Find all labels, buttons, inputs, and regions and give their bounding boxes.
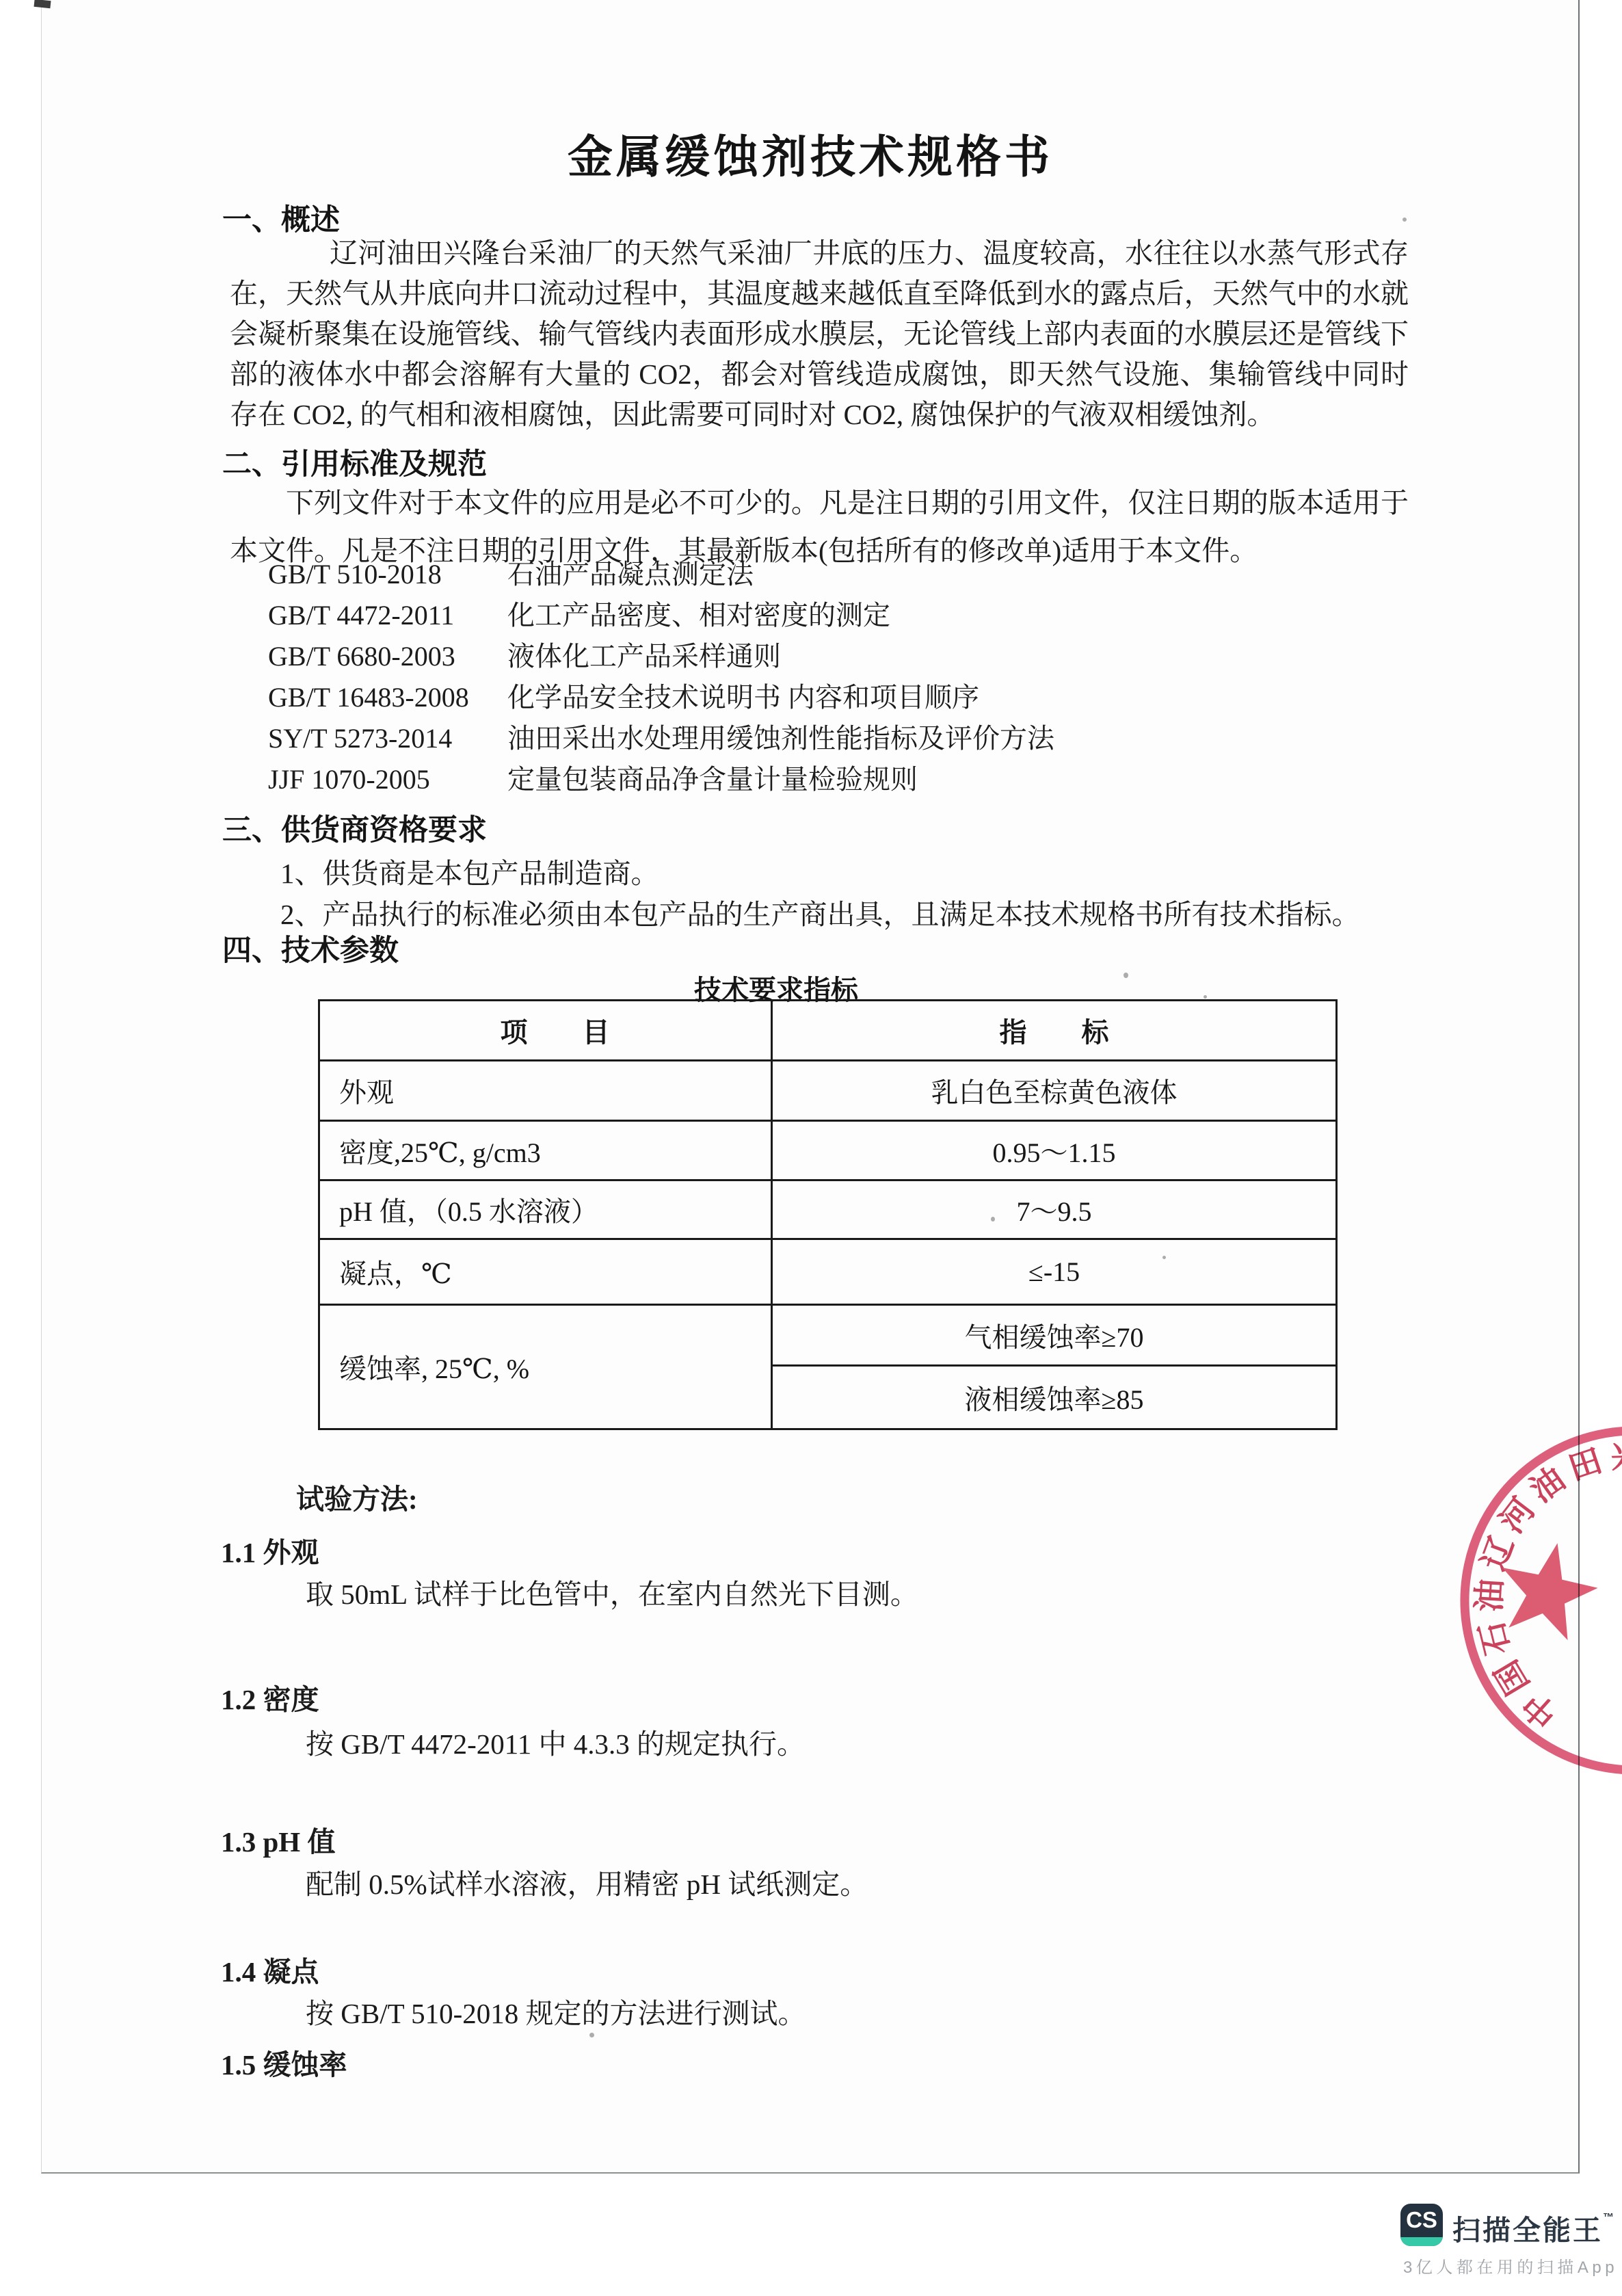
section-3-item-2: 2、产品执行的标准必须由本包产品的生产商出具，且满足本技术规格书所有技术指标。 <box>280 892 1360 932</box>
table-row: 缓蚀率, 25℃, % 气相缓蚀率≥70 <box>319 1305 1337 1366</box>
scan-speck <box>1204 995 1207 999</box>
standard-item: SY/T 5273-2014油田采出水处理用缓蚀剂性能指标及评价方法 <box>268 718 1054 759</box>
standard-name: 液体化工产品采样通则 <box>507 641 781 672</box>
standard-name: 化工产品密度、相对密度的测定 <box>507 600 890 631</box>
scan-corner-mark <box>34 0 51 8</box>
section-1-paragraph: 辽河油田兴隆台采油厂的天然气采油厂井底的压力、温度较高，水往往以水蒸气形式存在，… <box>230 233 1409 440</box>
method-1-2-body: 按 GB/T 4472-2011 中 4.3.3 的规定执行。 <box>306 1721 805 1762</box>
standards-list: GB/T 510-2018石油产品凝点测定法 GB/T 4472-2011化工产… <box>268 554 1054 800</box>
row-item: 密度,25℃, g/cm3 <box>319 1121 772 1180</box>
camscanner-logo-icon: CS <box>1400 2204 1443 2246</box>
scan-speck <box>1402 217 1407 222</box>
section-2-heading: 二、引用标准及规范 <box>222 441 487 483</box>
method-1-3-body: 配制 0.5%试样水溶液，用精密 pH 试纸测定。 <box>306 1862 868 1902</box>
section-3-item-1: 1、供货商是本包产品制造商。 <box>280 851 659 891</box>
standard-code: GB/T 16483-2008 <box>268 677 507 718</box>
official-stamp: 中国石油辽河油田兴隆 <box>1422 1406 1622 1816</box>
method-1-3-label: 1.3 pH 值 <box>221 1819 335 1860</box>
camscanner-app-name: 扫描全能王™ <box>1452 2208 1616 2248</box>
standard-code: JJF 1070-2005 <box>268 759 507 800</box>
camscanner-logo-accent <box>1400 2237 1443 2246</box>
row-item: 凝点，℃ <box>319 1239 772 1305</box>
trademark-mark: ™ <box>1603 2212 1616 2224</box>
scan-speck <box>589 2033 594 2037</box>
row-index: 乳白色至棕黄色液体 <box>772 1061 1337 1121</box>
standard-name: 化学品安全技术说明书 内容和项目顺序 <box>507 682 979 713</box>
row-index-gas: 气相缓蚀率≥70 <box>772 1305 1337 1366</box>
scan-speck <box>1124 973 1128 978</box>
standard-name: 油田采出水处理用缓蚀剂性能指标及评价方法 <box>507 723 1054 754</box>
table-row: 密度,25℃, g/cm3 0.95～1.15 <box>319 1121 1337 1180</box>
standard-item: GB/T 510-2018石油产品凝点测定法 <box>268 554 1054 595</box>
test-methods-heading: 试验方法: <box>296 1477 418 1517</box>
spec-table: 项 目 指 标 外观 乳白色至棕黄色液体 密度,25℃, g/cm3 0.95～… <box>318 999 1338 1430</box>
table-header-row: 项 目 指 标 <box>319 1001 1337 1061</box>
method-1-4-label: 1.4 凝点 <box>221 1949 319 1990</box>
camscanner-app-name-text: 扫描全能王 <box>1452 2215 1603 2246</box>
standard-code: GB/T 510-2018 <box>268 554 507 595</box>
section-3-heading: 三、供货商资格要求 <box>222 807 487 849</box>
section-4-heading: 四、技术参数 <box>222 927 399 969</box>
row-index: 0.95～1.15 <box>772 1121 1337 1180</box>
standard-item: GB/T 4472-2011化工产品密度、相对密度的测定 <box>268 595 1054 636</box>
header-item: 项 目 <box>319 1001 772 1061</box>
row-index: ≤-15 <box>772 1239 1337 1305</box>
standard-code: SY/T 5273-2014 <box>268 718 507 759</box>
standard-item: GB/T 6680-2003液体化工产品采样通则 <box>268 636 1054 677</box>
standard-code: GB/T 4472-2011 <box>268 595 507 636</box>
row-item: pH 值，（0.5 水溶液） <box>319 1180 772 1239</box>
standard-name: 石油产品凝点测定法 <box>507 559 754 590</box>
standard-name: 定量包装商品净含量计量检验规则 <box>507 764 918 795</box>
method-1-2-label: 1.2 密度 <box>221 1677 319 1717</box>
table-row: pH 值，（0.5 水溶液） 7～9.5 <box>319 1180 1337 1239</box>
camscanner-tagline: 3亿人都在用的扫描App <box>1403 2254 1618 2278</box>
scan-speck <box>1162 1256 1166 1259</box>
row-item: 外观 <box>319 1061 772 1121</box>
method-1-1-label: 1.1 外观 <box>221 1530 319 1570</box>
method-1-5-label: 1.5 缓蚀率 <box>221 2042 347 2083</box>
table-row: 凝点，℃ ≤-15 <box>319 1239 1337 1305</box>
section-1-heading: 一、概述 <box>222 197 340 239</box>
standard-item: GB/T 16483-2008化学品安全技术说明书 内容和项目顺序 <box>268 677 1054 718</box>
standard-item: JJF 1070-2005定量包装商品净含量计量检验规则 <box>268 759 1054 800</box>
document-title: 金属缓蚀剂技术规格书 <box>41 120 1580 185</box>
scanned-document-page: 金属缓蚀剂技术规格书 一、概述 辽河油田兴隆台采油厂的天然气采油厂井底的压力、温… <box>0 0 1622 2296</box>
header-index: 指 标 <box>772 1001 1337 1061</box>
table-row: 外观 乳白色至棕黄色液体 <box>319 1061 1337 1121</box>
method-1-1-body: 取 50mL 试样于比色管中，在室内自然光下目测。 <box>306 1572 918 1612</box>
scan-speck <box>991 1217 995 1222</box>
camscanner-logo-text: CS <box>1400 2204 1443 2236</box>
method-1-4-body: 按 GB/T 510-2018 规定的方法进行测试。 <box>306 1991 806 2031</box>
standard-code: GB/T 6680-2003 <box>268 636 507 677</box>
row-index: 7～9.5 <box>772 1180 1337 1239</box>
row-item: 缓蚀率, 25℃, % <box>319 1305 772 1429</box>
row-index-liquid: 液相缓蚀率≥85 <box>772 1366 1337 1429</box>
